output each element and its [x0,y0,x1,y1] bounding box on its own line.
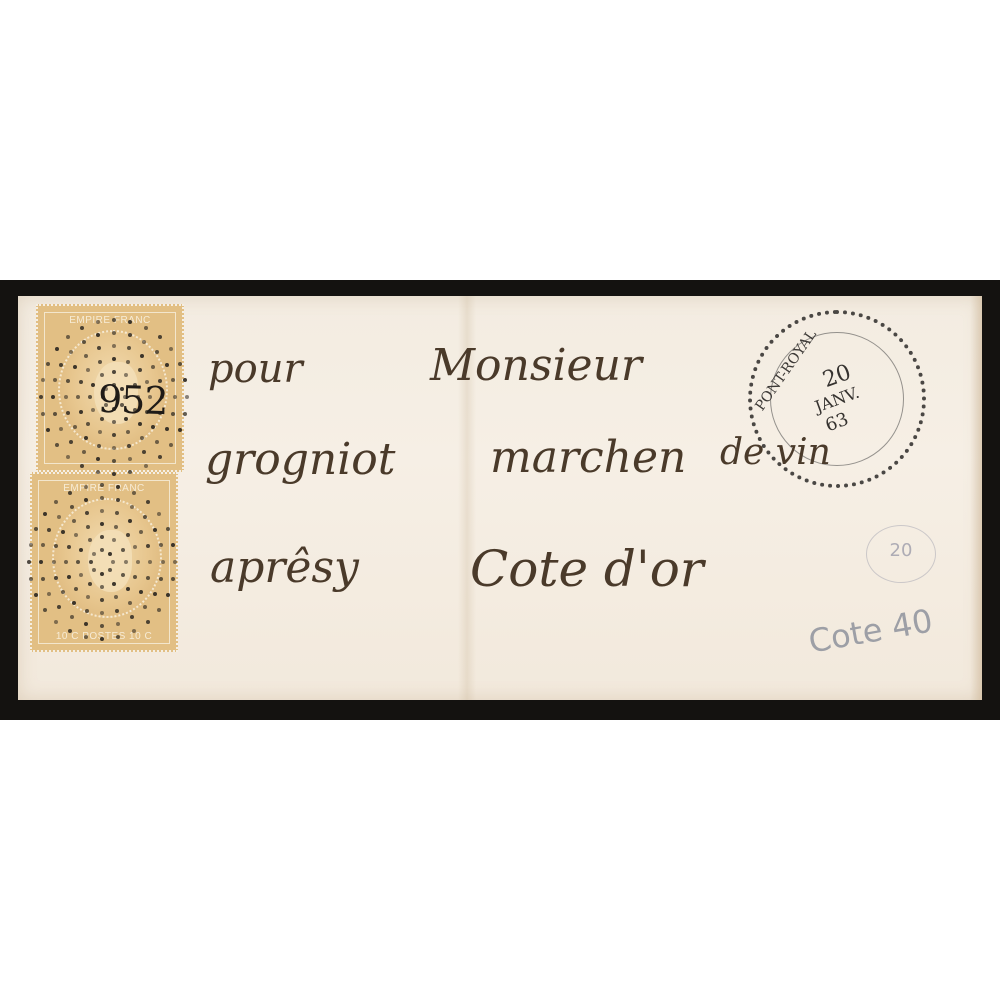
cancel-dot [69,350,73,354]
cancel-dot [72,519,76,523]
cancel-dot [146,576,150,580]
cancel-dot [114,595,118,599]
cancel-dot [54,576,58,580]
cancel-dot [178,362,182,366]
cancel-dot [73,425,77,429]
address-occupation: marchen [490,432,686,483]
cancel-dot [41,577,45,581]
cancel-dot [85,609,89,613]
cancel-dot [55,443,59,447]
cancel-dot [29,543,33,547]
cancel-dot [73,365,77,369]
cancel-dot [72,601,76,605]
cancel-dot [100,611,104,615]
cancel-dot [68,491,72,495]
cancel-dot [153,528,157,532]
cancel-dot [61,530,65,534]
cancel-dot [115,609,119,613]
cancel-dot [41,412,45,416]
cancel-dot [161,560,165,564]
cancel-dot [80,326,84,330]
cancel-dot [70,505,74,509]
cancel-dot [112,318,116,322]
address-department: Cote d'or [470,540,704,598]
cancel-dot [138,422,142,426]
cancel-dot [82,340,86,344]
cancel-dot [112,582,116,586]
cancel-dot [52,560,56,564]
cancel-dot [76,395,80,399]
cancel-dot [126,587,130,591]
cancel-dot [159,577,163,581]
cancel-dot [61,590,65,594]
cancel-dot [144,326,148,330]
cancel-dot [67,575,71,579]
cancel-dot [126,360,130,364]
stamp-bottom-inscription: 10 C POSTES 10 C [32,631,176,642]
cancel-dot [126,430,130,434]
cancel-dot [84,436,88,440]
cancel-dot [114,525,118,529]
cancel-dot [112,433,116,437]
cancellation-number: 952 [97,377,168,423]
cancel-dot [100,509,104,513]
address-occupation-suffix: de vin [720,432,831,473]
cancel-dot [96,470,100,474]
cancel-dot [84,485,88,489]
cancel-dot [112,357,116,361]
cancel-dot [133,575,137,579]
cancel-dot [66,411,70,415]
cancel-dot [112,459,116,463]
cancel-dot [112,472,116,476]
cancel-dot [100,624,104,628]
cancel-dot [27,560,31,564]
cancel-dot [34,527,38,531]
cancel-dot [84,635,88,639]
address-name: grogniot [205,434,395,485]
rate-mark-value: 20 [867,540,935,561]
cancel-dot [127,444,131,448]
cancel-dot [165,363,169,367]
cancel-dot [171,412,175,416]
cancel-dot [100,585,104,589]
cancel-dot [112,344,116,348]
cancel-dot [121,573,125,577]
cancel-dot [116,498,120,502]
cancel-dot [43,512,47,516]
stamp-top-inscription: EMPIRE FRANC [32,483,176,494]
cancel-dot [126,533,130,537]
cancel-dot [128,457,132,461]
cancel-dot [132,491,136,495]
cancel-dot [165,427,169,431]
cancel-dot [29,577,33,581]
cancel-dot [146,500,150,504]
rate-mark: 20 [866,525,936,583]
stamp-top-inscription: EMPIRE FRANC [38,315,182,326]
cancel-dot [100,535,104,539]
cancel-dot [138,368,142,372]
cancel-dot [96,320,100,324]
address-monsieur: Monsieur [430,340,642,391]
cancel-dot [53,412,57,416]
cancel-dot [116,622,120,626]
cancel-dot [143,515,147,519]
cancel-dot [64,395,68,399]
cancel-dot [100,572,104,576]
cancel-dot [46,362,50,366]
cancel-dot [55,347,59,351]
cancel-dot [57,515,61,519]
cancel-dot [112,331,116,335]
cancel-dot [173,395,177,399]
cancel-dot [158,335,162,339]
cancel-dot [100,496,104,500]
cancel-dot [92,552,96,556]
cancel-dot [100,637,104,641]
cancel-dot [166,527,170,531]
cancel-dot [112,446,116,450]
cancel-dot [158,455,162,459]
cancel-dot [88,582,92,586]
cancel-dot [100,548,104,552]
cancel-dot [146,620,150,624]
cancel-dot [128,333,132,337]
cancel-dot [39,395,43,399]
address-town: aprêsy [210,542,359,593]
cancel-dot [64,560,68,564]
cancel-dot [79,410,83,414]
cancel-dot [121,548,125,552]
cancel-dot [155,350,159,354]
cancel-dot [43,608,47,612]
cancel-dot [100,483,104,487]
cancel-dot [153,592,157,596]
cancel-dot [112,370,116,374]
cancel-dot [108,552,112,556]
cancel-dot [124,560,128,564]
cancel-dot [100,522,104,526]
cancel-dot [97,444,101,448]
cancel-dot [84,354,88,358]
cancel-dot [41,378,45,382]
cancel-dot [100,598,104,602]
cancel-dot [89,560,93,564]
address-pour: pour [208,346,303,392]
